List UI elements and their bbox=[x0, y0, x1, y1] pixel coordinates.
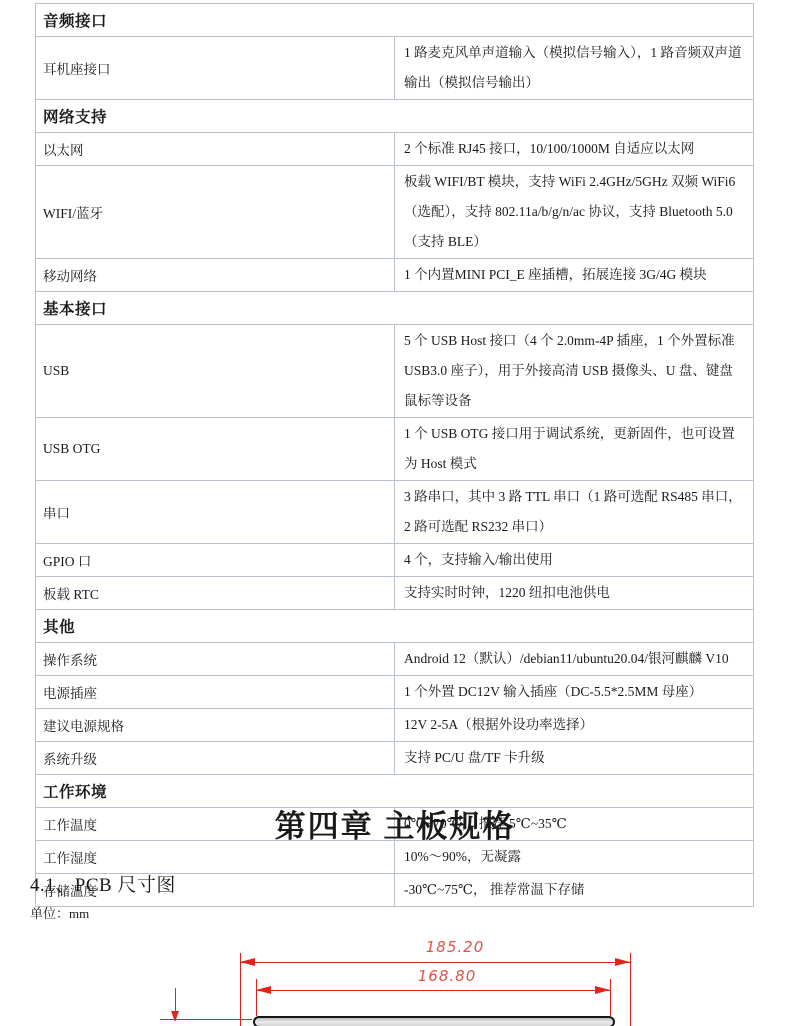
table-row: GPIO 口 4 个，支持输入/输出使用 bbox=[36, 544, 754, 577]
row-value: 5 个 USB Host 接口（4 个 2.0mm-4P 插座，1 个外置标准 … bbox=[395, 325, 754, 418]
vertical-dimension-line bbox=[175, 988, 176, 1013]
table-row: 板载 RTC 支持实时时钟，1220 纽扣电池供电 bbox=[36, 577, 754, 610]
section-title: 音频接口 bbox=[36, 4, 754, 37]
row-label: WIFI/蓝牙 bbox=[36, 166, 395, 259]
section-header-audio: 音频接口 bbox=[36, 4, 754, 37]
table-row: WIFI/蓝牙 板载 WIFI/BT 模块，支持 WiFi 2.4GHz/5GH… bbox=[36, 166, 754, 259]
arrowhead-right-icon bbox=[595, 986, 610, 994]
section-title: 其他 bbox=[36, 610, 754, 643]
row-label: USB bbox=[36, 325, 395, 418]
arrowhead-left-icon bbox=[240, 958, 255, 966]
section-heading: 4.1、PCB 尺寸图 bbox=[30, 870, 176, 897]
row-label: 建议电源规格 bbox=[36, 709, 395, 742]
row-value: 板载 WIFI/BT 模块，支持 WiFi 2.4GHz/5GHz 双频 WiF… bbox=[395, 166, 754, 259]
table-row: 系统升级 支持 PC/U 盘/TF 卡升级 bbox=[36, 742, 754, 775]
row-label: 系统升级 bbox=[36, 742, 395, 775]
dimension-label-inner: 168.80 bbox=[402, 967, 492, 985]
arrowhead-right-icon bbox=[615, 958, 630, 966]
row-value: 支持实时时钟，1220 纽扣电池供电 bbox=[395, 577, 754, 610]
table-row: 以太网 2 个标准 RJ45 接口，10/100/1000M 自适应以太网 bbox=[36, 133, 754, 166]
row-label: 板载 RTC bbox=[36, 577, 395, 610]
section-header-basic-io: 基本接口 bbox=[36, 292, 754, 325]
table-row: 串口 3 路串口，其中 3 路 TTL 串口（1 路可选配 RS485 串口，2… bbox=[36, 481, 754, 544]
section-header-network: 网络支持 bbox=[36, 100, 754, 133]
row-label: 移动网络 bbox=[36, 259, 395, 292]
table-row: USB 5 个 USB Host 接口（4 个 2.0mm-4P 插座，1 个外… bbox=[36, 325, 754, 418]
extension-line-outer-left bbox=[240, 953, 241, 1026]
row-label: GPIO 口 bbox=[36, 544, 395, 577]
row-label: 操作系统 bbox=[36, 643, 395, 676]
extension-line-inner-left bbox=[256, 979, 257, 1016]
row-label: 以太网 bbox=[36, 133, 395, 166]
row-value: 1 个内置MINI PCI_E 座插槽，拓展连接 3G/4G 模块 bbox=[395, 259, 754, 292]
table-row: 移动网络 1 个内置MINI PCI_E 座插槽，拓展连接 3G/4G 模块 bbox=[36, 259, 754, 292]
row-value: 1 个 USB OTG 接口用于调试系统，更新固件，也可设置为 Host 模式 bbox=[395, 418, 754, 481]
chapter-title: 第四章 主板规格 bbox=[0, 801, 790, 846]
unit-note: 单位：mm bbox=[30, 903, 89, 922]
extension-line-inner-right bbox=[610, 979, 611, 1016]
row-label: 串口 bbox=[36, 481, 395, 544]
arrowhead-down-icon bbox=[171, 1011, 179, 1022]
row-value: 12V 2-5A（根据外设功率选择） bbox=[395, 709, 754, 742]
dimension-line-outer bbox=[240, 962, 630, 963]
row-value: 4 个，支持输入/输出使用 bbox=[395, 544, 754, 577]
row-value: 3 路串口，其中 3 路 TTL 串口（1 路可选配 RS485 串口，2 路可… bbox=[395, 481, 754, 544]
section-title: 基本接口 bbox=[36, 292, 754, 325]
row-value: 支持 PC/U 盘/TF 卡升级 bbox=[395, 742, 754, 775]
row-value: 1 个外置 DC12V 输入插座（DC-5.5*2.5MM 母座） bbox=[395, 676, 754, 709]
table-row: 电源插座 1 个外置 DC12V 输入插座（DC-5.5*2.5MM 母座） bbox=[36, 676, 754, 709]
row-label: 电源插座 bbox=[36, 676, 395, 709]
table-row: 操作系统 Android 12（默认）/debian11/ubuntu20.04… bbox=[36, 643, 754, 676]
dimension-line-inner bbox=[256, 990, 610, 991]
table-row: 建议电源规格 12V 2-5A（根据外设功率选择） bbox=[36, 709, 754, 742]
row-value: Android 12（默认）/debian11/ubuntu20.04/银河麒麟… bbox=[395, 643, 754, 676]
pcb-board-edge bbox=[253, 1016, 615, 1026]
table-row: 耳机座接口 1 路麦克风单声道输入（模拟信号输入），1 路音频双声道输出（模拟信… bbox=[36, 37, 754, 100]
row-label: 耳机座接口 bbox=[36, 37, 395, 100]
extension-tick-line bbox=[160, 1019, 252, 1020]
section-header-other: 其他 bbox=[36, 610, 754, 643]
arrowhead-left-icon bbox=[256, 986, 271, 994]
row-label: USB OTG bbox=[36, 418, 395, 481]
extension-line-outer-right bbox=[630, 953, 631, 1026]
row-value: -30℃~75℃， 推荐常温下存储 bbox=[395, 874, 754, 907]
section-title: 网络支持 bbox=[36, 100, 754, 133]
row-value: 2 个标准 RJ45 接口，10/100/1000M 自适应以太网 bbox=[395, 133, 754, 166]
spec-table: 音频接口 耳机座接口 1 路麦克风单声道输入（模拟信号输入），1 路音频双声道输… bbox=[35, 3, 754, 907]
table-row: USB OTG 1 个 USB OTG 接口用于调试系统，更新固件，也可设置为 … bbox=[36, 418, 754, 481]
dimension-label-outer: 185.20 bbox=[410, 938, 500, 956]
row-value: 1 路麦克风单声道输入（模拟信号输入），1 路音频双声道输出（模拟信号输出） bbox=[395, 37, 754, 100]
